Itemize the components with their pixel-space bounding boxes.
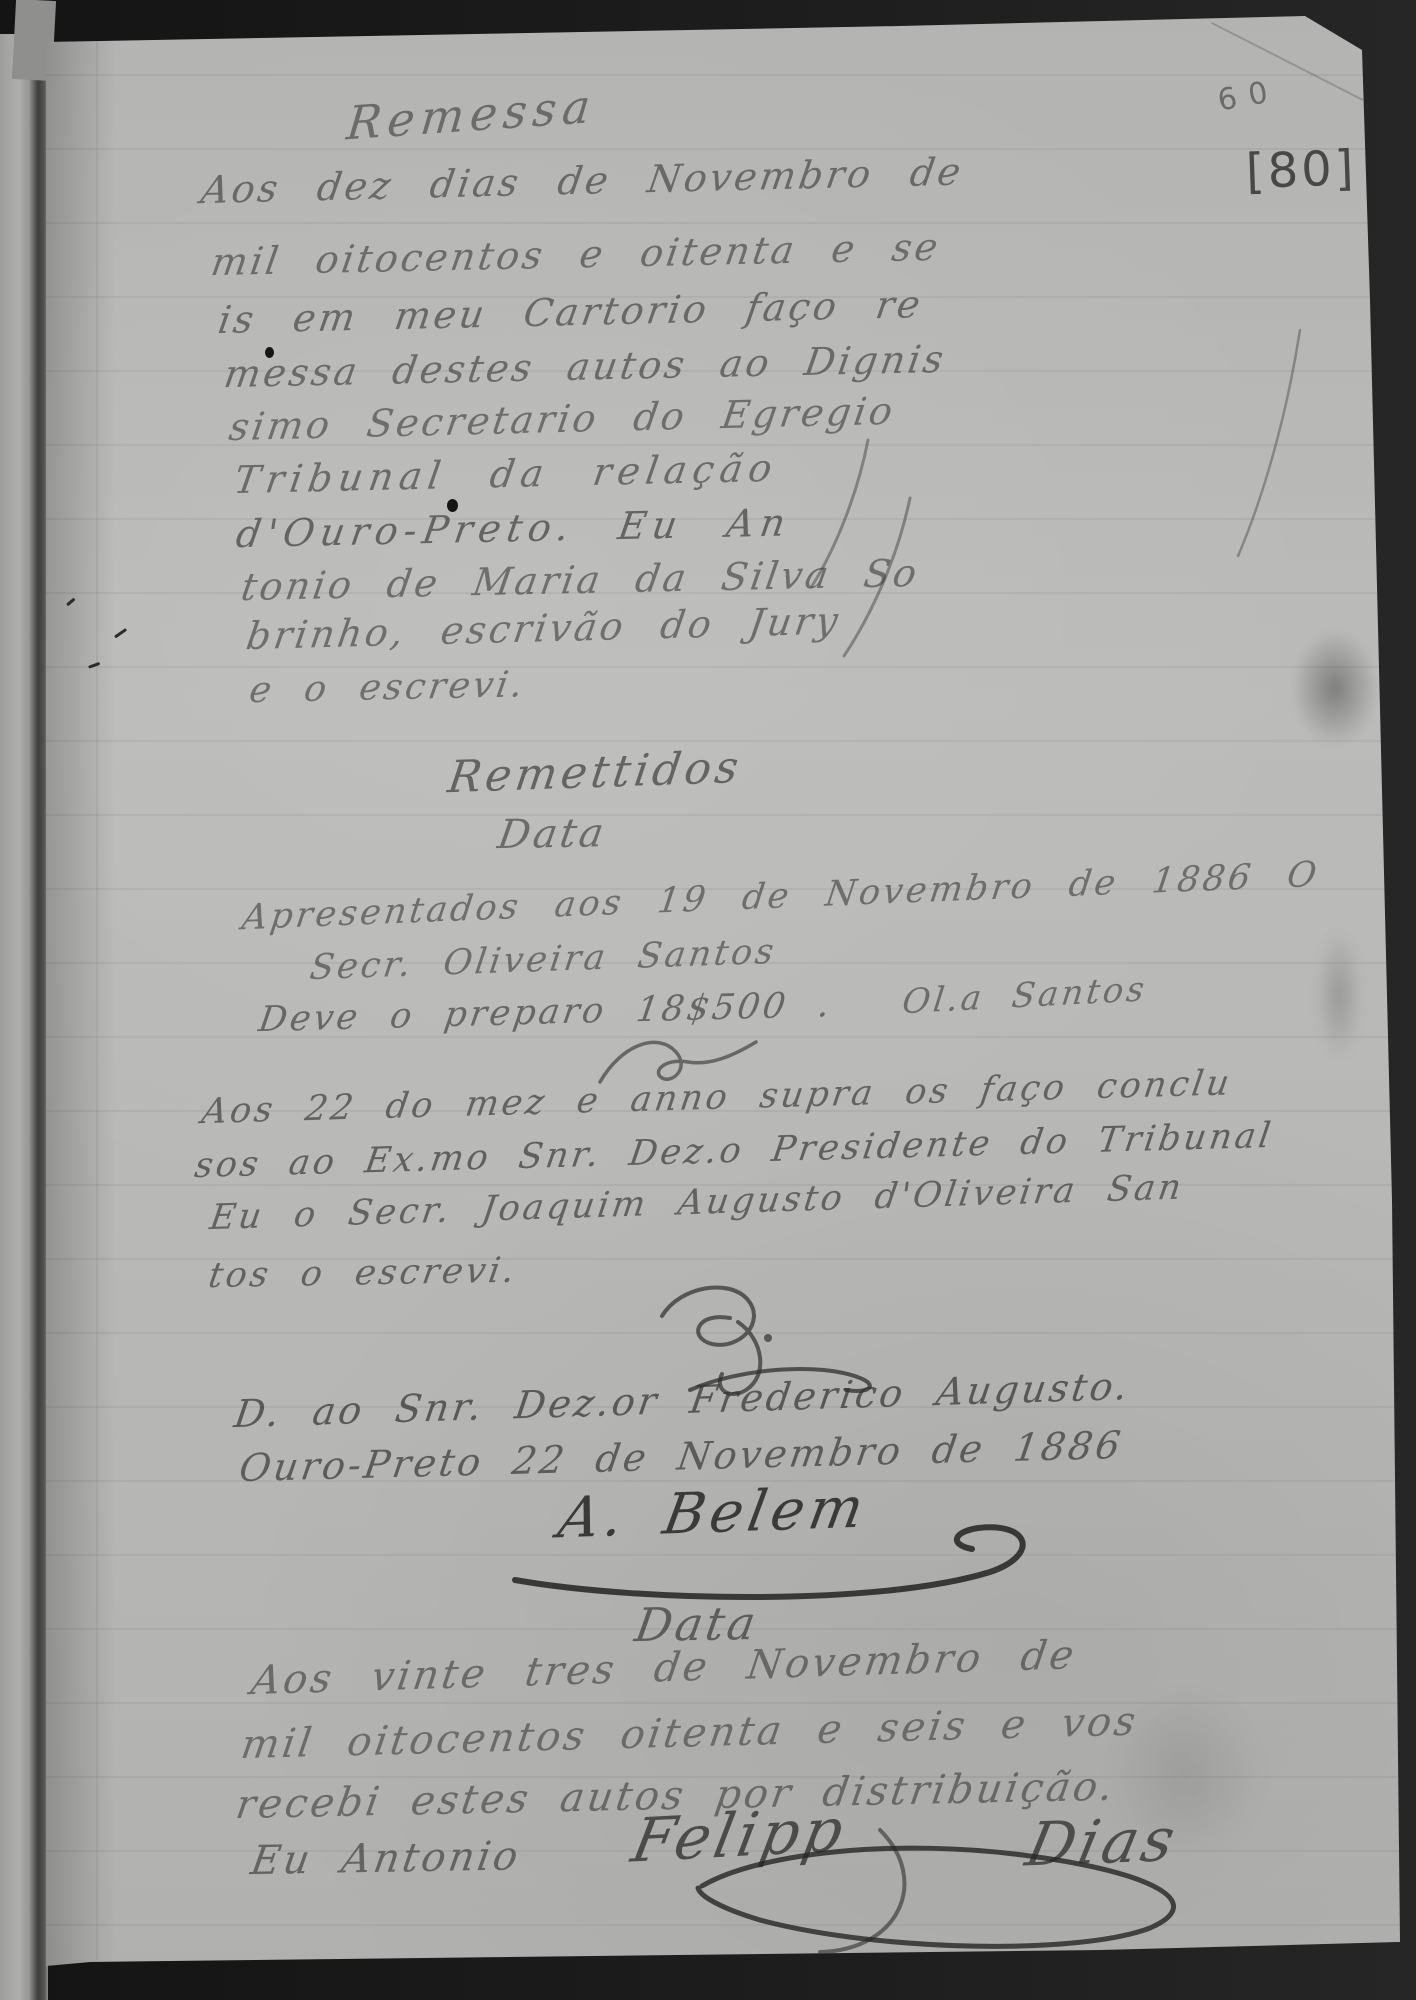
vertical-crease [96, 40, 98, 1960]
remessa-line-7: d'Ouro-Preto. Eu An [233, 500, 794, 556]
pen-stroke-egregio-tail [1238, 330, 1300, 556]
edge-smudge-2 [1316, 930, 1362, 1060]
paraph-rubric-2-dot [764, 1334, 772, 1342]
edge-smudge-1 [1292, 630, 1378, 746]
conclusao-line-4: tos o escrevi. [206, 1251, 521, 1296]
binding-gutter [30, 44, 48, 2000]
remessa-line-6: Tribunal da relação [231, 446, 781, 502]
heading-data-1: Data [495, 810, 610, 858]
apresentacao-line-1: Apresentados aos 19 de Novembro de 1886 … [240, 855, 1322, 938]
fee-note: Deve o preparo 18$500 . [256, 985, 835, 1040]
signature-belem: A. Belem [553, 1475, 873, 1551]
remessa-line-1: Aos dez dias de Novembro de [198, 149, 966, 212]
heading-remettidos: Remettidos [445, 742, 746, 804]
remessa-line-2: mil oitocentos e oitenta e se [208, 225, 944, 284]
paraph-rubric-1 [600, 1042, 756, 1082]
remessa-line-10: e o escrevi. [247, 664, 529, 711]
edge-smudge-3 [1110, 1690, 1260, 1860]
adjacent-page-edge [0, 34, 32, 2000]
ink-blot-2 [447, 499, 458, 512]
remessa-line-3: is em meu Cartorio faço re [215, 282, 926, 342]
folio-number-stamp: [80] [1245, 140, 1357, 200]
fee-initials: Ol.a Santos [900, 969, 1149, 1022]
remessa-line-5: simo Secretario do Egregio [226, 389, 898, 449]
remessa-line-9: brinho, escrivão do Jury [243, 598, 843, 658]
scanned-manuscript: 60 [80] Remessa Aos dez dias de Novembro… [0, 0, 1416, 2000]
apresentacao-line-2: Secr. Oliveira Santos [307, 932, 779, 988]
despacho-line-2: Ouro-Preto 22 de Novembro de 1886 [236, 1423, 1126, 1490]
remessa-line-4: messa destes autos ao Dignis [221, 337, 949, 396]
gutter-shadow [46, 0, 116, 2000]
manuscript-page: 60 [80] Remessa Aos dez dias de Novembro… [0, 0, 1416, 2000]
ink-blot-1 [265, 347, 274, 358]
folio-number-pencil: 60 [1215, 73, 1282, 118]
recebimento-line-4: Eu Antonio [248, 1833, 524, 1884]
signature-felipp: Felipp [626, 1795, 853, 1877]
heading-remessa: Remessa [344, 79, 598, 151]
recebimento-line-2: mil oitocentos oitenta e seis e vos [238, 1699, 1141, 1769]
